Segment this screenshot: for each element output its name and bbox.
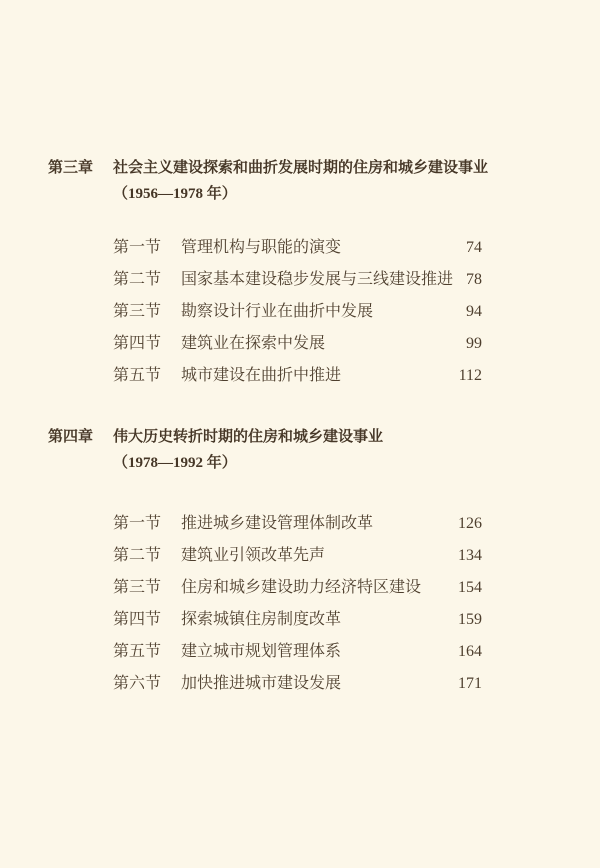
section-title: 城市建设在曲折中推进 xyxy=(181,367,341,384)
section-title: 建立城市规划管理体系 xyxy=(181,643,341,660)
chapter-years: （1956—1978 年） xyxy=(113,181,488,207)
chapter-heading: 第三章 社会主义建设探索和曲折发展时期的住房和城乡建设事业 （1956—1978… xyxy=(48,155,482,207)
section-label: 第二节 xyxy=(113,547,181,564)
section-page-number: 126 xyxy=(458,515,482,532)
chapter-block-4: 第四章 伟大历史转折时期的住房和城乡建设事业 （1978—1992 年） 第一节… xyxy=(48,424,482,692)
section-label: 第三节 xyxy=(113,303,181,320)
toc-entry: 第一节 管理机构与职能的演变 74 xyxy=(113,239,482,256)
section-title: 加快推进城市建设发展 xyxy=(181,675,341,692)
toc-entry: 第四节 建筑业在探索中发展 99 xyxy=(113,335,482,352)
section-label: 第三节 xyxy=(113,579,181,596)
section-label: 第一节 xyxy=(113,515,181,532)
section-label: 第五节 xyxy=(113,367,181,384)
toc-entry: 第五节 城市建设在曲折中推进 112 xyxy=(113,367,482,384)
toc-entry: 第三节 勘察设计行业在曲折中发展 94 xyxy=(113,303,482,320)
section-label: 第一节 xyxy=(113,239,181,256)
section-label: 第五节 xyxy=(113,643,181,660)
toc-entry: 第六节 加快推进城市建设发展 171 xyxy=(113,675,482,692)
section-title: 建筑业在探索中发展 xyxy=(181,335,325,352)
toc-entry: 第五节 建立城市规划管理体系 164 xyxy=(113,643,482,660)
section-list: 第一节 管理机构与职能的演变 74 第二节 国家基本建设稳步发展与三线建设推进 … xyxy=(113,239,482,384)
chapter-block-3: 第三章 社会主义建设探索和曲折发展时期的住房和城乡建设事业 （1956—1978… xyxy=(48,155,482,384)
section-title: 推进城乡建设管理体制改革 xyxy=(181,515,373,532)
chapter-title-block: 伟大历史转折时期的住房和城乡建设事业 （1978—1992 年） xyxy=(113,424,482,476)
section-page-number: 159 xyxy=(458,611,482,628)
section-label: 第四节 xyxy=(113,611,181,628)
section-page-number: 112 xyxy=(459,367,482,384)
chapter-title: 社会主义建设探索和曲折发展时期的住房和城乡建设事业 xyxy=(113,155,488,181)
chapter-label: 第三章 xyxy=(48,155,113,207)
section-title: 国家基本建设稳步发展与三线建设推进 xyxy=(181,271,453,288)
chapter-years: （1978—1992 年） xyxy=(113,450,482,476)
chapter-title-block: 社会主义建设探索和曲折发展时期的住房和城乡建设事业 （1956—1978 年） xyxy=(113,155,488,207)
section-title: 住房和城乡建设助力经济特区建设 xyxy=(181,579,421,596)
section-title: 探索城镇住房制度改革 xyxy=(181,611,341,628)
section-label: 第四节 xyxy=(113,335,181,352)
chapter-heading: 第四章 伟大历史转折时期的住房和城乡建设事业 （1978—1992 年） xyxy=(48,424,482,476)
section-label: 第二节 xyxy=(113,271,181,288)
section-page-number: 94 xyxy=(466,303,482,320)
section-page-number: 134 xyxy=(458,547,482,564)
chapter-label: 第四章 xyxy=(48,424,113,476)
section-page-number: 154 xyxy=(458,579,482,596)
toc-entry: 第四节 探索城镇住房制度改革 159 xyxy=(113,611,482,628)
section-page-number: 171 xyxy=(458,675,482,692)
toc-page: 第三章 社会主义建设探索和曲折发展时期的住房和城乡建设事业 （1956—1978… xyxy=(0,0,600,868)
toc-entry: 第三节 住房和城乡建设助力经济特区建设 154 xyxy=(113,579,482,596)
toc-entry: 第二节 国家基本建设稳步发展与三线建设推进 78 xyxy=(113,271,482,288)
section-page-number: 74 xyxy=(466,239,482,256)
section-page-number: 78 xyxy=(466,271,482,288)
section-page-number: 164 xyxy=(458,643,482,660)
toc-entry: 第一节 推进城乡建设管理体制改革 126 xyxy=(113,515,482,532)
section-page-number: 99 xyxy=(466,335,482,352)
section-title: 建筑业引领改革先声 xyxy=(181,547,325,564)
section-title: 勘察设计行业在曲折中发展 xyxy=(181,303,373,320)
toc-entry: 第二节 建筑业引领改革先声 134 xyxy=(113,547,482,564)
chapter-title: 伟大历史转折时期的住房和城乡建设事业 xyxy=(113,424,482,450)
section-list: 第一节 推进城乡建设管理体制改革 126 第二节 建筑业引领改革先声 134 第… xyxy=(113,515,482,692)
section-title: 管理机构与职能的演变 xyxy=(181,239,341,256)
section-label: 第六节 xyxy=(113,675,181,692)
